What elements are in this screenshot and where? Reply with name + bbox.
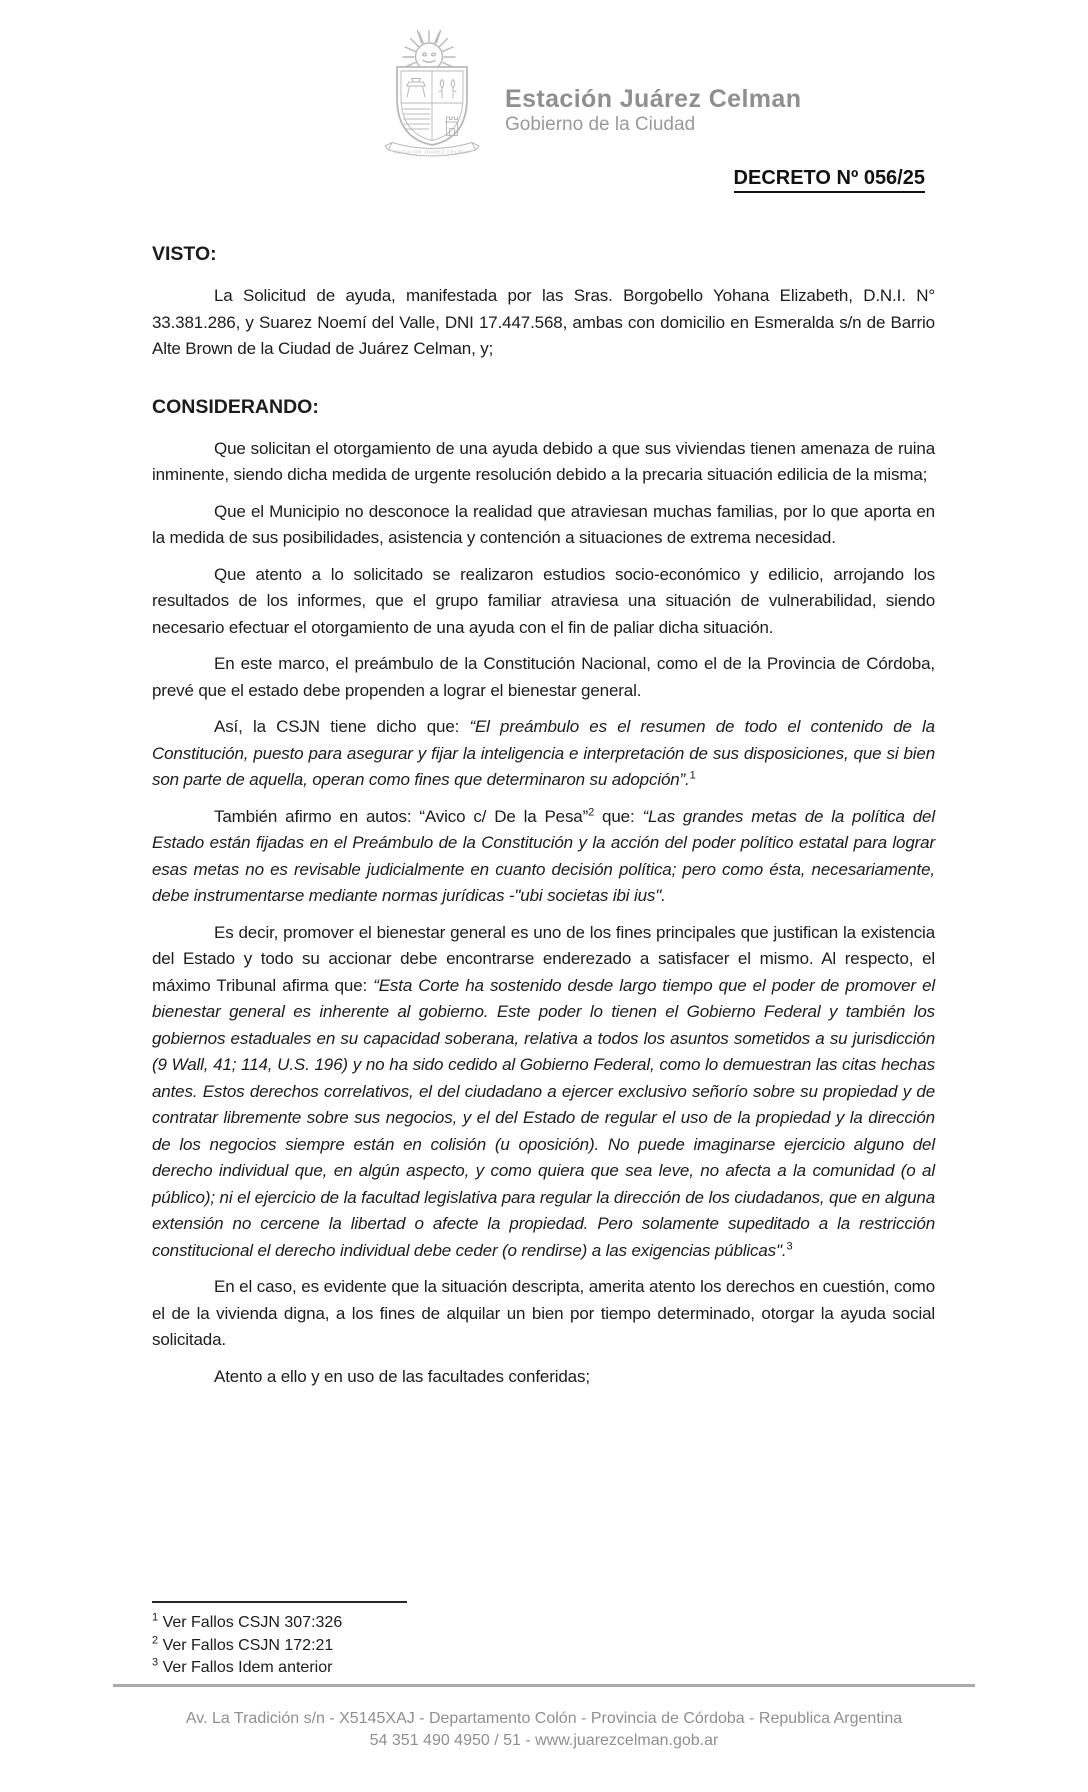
paragraph: En este marco, el preámbulo de la Consti… [152, 651, 935, 704]
sun-icon [416, 43, 443, 70]
footnote: 1 Ver Fallos CSJN 307:326 [152, 1612, 752, 1635]
footnote-separator [152, 1601, 407, 1603]
org-identity: Estación Juárez Celman Gobierno de la Ci… [505, 86, 801, 136]
ribbon-text: ESTACIÓN JUÁREZ CELMAN [394, 149, 470, 155]
footnote: 2 Ver Fallos CSJN 172:21 [152, 1635, 752, 1658]
paragraph: Es decir, promover el bienestar general … [152, 920, 935, 1265]
section-heading: VISTO: [152, 243, 935, 265]
city-coat-of-arms-logo: ESTACIÓN JUÁREZ CELMAN [380, 28, 495, 160]
letterhead: ESTACIÓN JUÁREZ CELMAN Estación Juárez C… [380, 28, 801, 160]
decree-document-page: ESTACIÓN JUÁREZ CELMAN Estación Juárez C… [0, 0, 1088, 1792]
org-subtitle: Gobierno de la Ciudad [505, 113, 801, 136]
paragraph: Que atento a lo solicitado se realizaron… [152, 562, 935, 642]
footer-address: Av. La Tradición s/n - X5145XAJ - Depart… [0, 1708, 1088, 1730]
paragraph: También afirmo en autos: “Avico c/ De la… [152, 804, 935, 910]
paragraph: Que solicitan el otorgamiento de una ayu… [152, 436, 935, 489]
paragraph: En el caso, es evidente que la situación… [152, 1274, 935, 1354]
footer-separator [113, 1684, 975, 1687]
paragraph: Así, la CSJN tiene dicho que: “El preámb… [152, 714, 935, 794]
org-name: Estación Juárez Celman [505, 86, 801, 112]
section-heading: CONSIDERANDO: [152, 396, 935, 418]
paragraph: Atento a ello y en uso de las facultades… [152, 1364, 935, 1391]
footnotes-list: 1 Ver Fallos CSJN 307:3262 Ver Fallos CS… [152, 1612, 752, 1680]
footnote: 3 Ver Fallos Idem anterior [152, 1657, 752, 1680]
decree-body: VISTO:La Solicitud de ayuda, manifestada… [152, 243, 935, 1400]
page-footer: Av. La Tradición s/n - X5145XAJ - Depart… [0, 1708, 1088, 1752]
paragraph: Que el Municipio no desconoce la realida… [152, 499, 935, 552]
paragraph: La Solicitud de ayuda, manifestada por l… [152, 283, 935, 363]
decree-number: DECRETO Nº 056/25 [734, 167, 925, 193]
footer-contact: 54 351 490 4950 / 51 - www.juarezcelman.… [0, 1730, 1088, 1752]
